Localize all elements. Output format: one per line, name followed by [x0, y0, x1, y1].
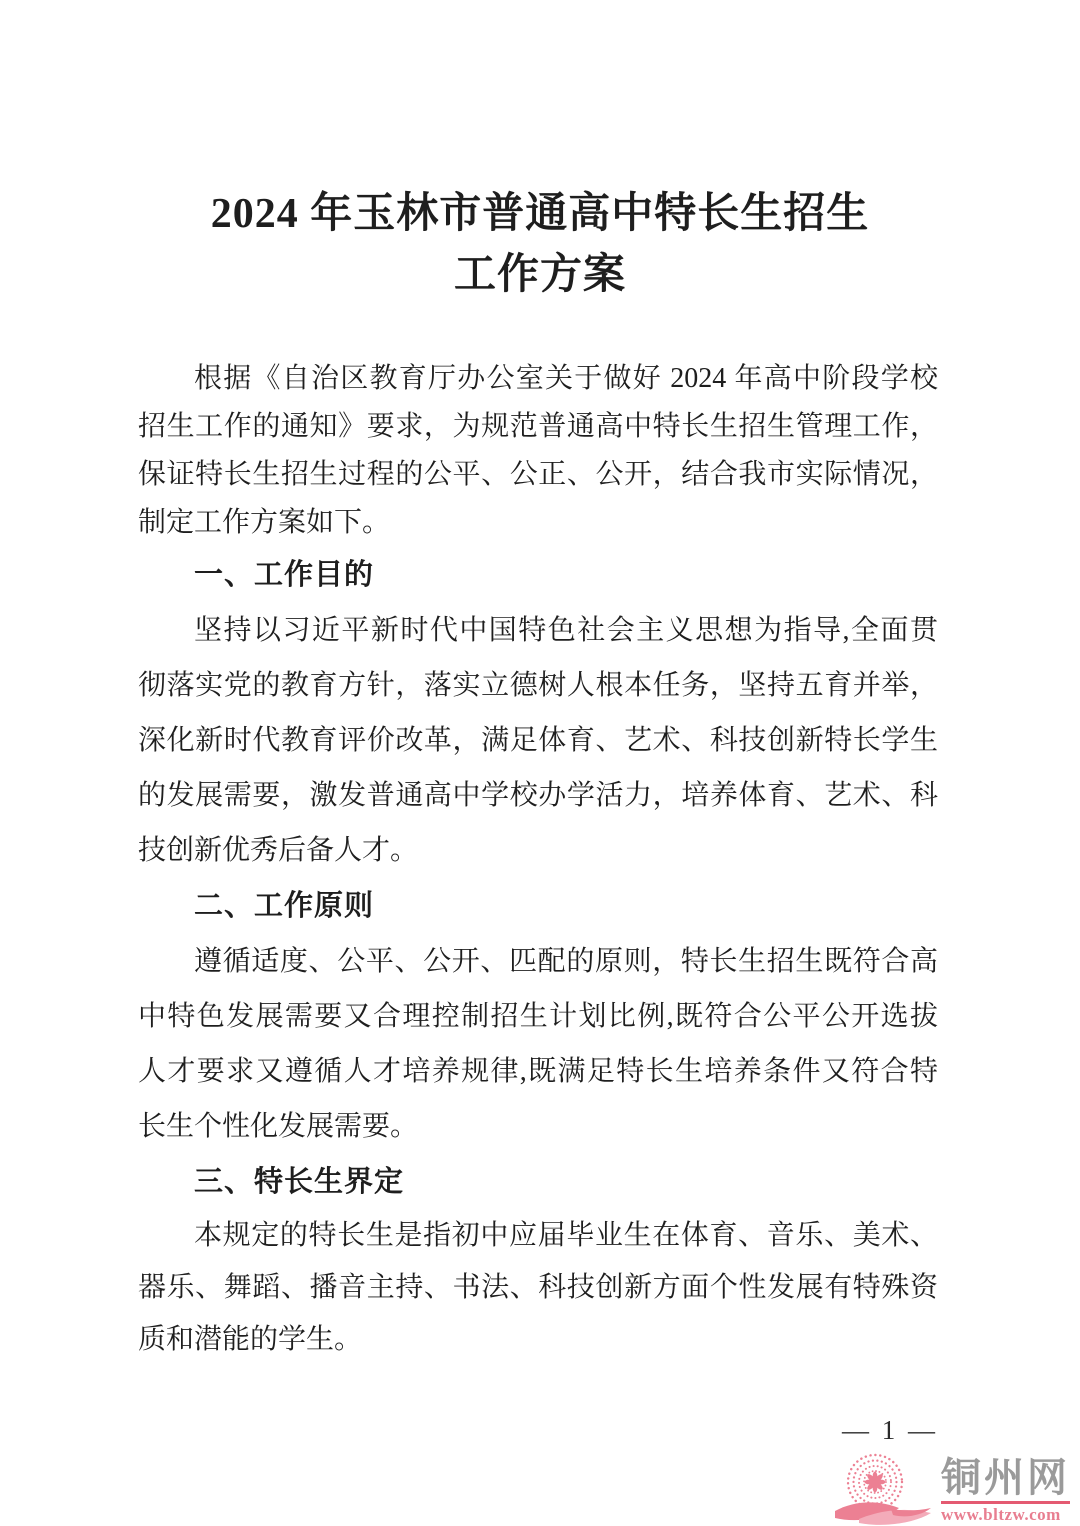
watermark-text: 铜州网 www.bltzw.com	[941, 1458, 1070, 1526]
section-2-heading: 二、工作原则	[138, 878, 938, 934]
body-line: 坚持以习近平新时代中国特色社会主义思想为指导,全面贯	[138, 603, 938, 658]
body-line: 遵循适度、公平、公开、匹配的原则，特长生招生既符合高	[138, 934, 938, 989]
body-line: 彻落实党的教育方针，落实立德树人根本任务，坚持五育并举，	[138, 658, 938, 713]
document-page: 2024 年玉林市普通高中特长生招生 工作方案 根据《自治区教育厅办公室关于做好…	[0, 0, 1080, 1526]
document-title: 2024 年玉林市普通高中特长生招生 工作方案	[0, 184, 1080, 306]
section-3-heading: 三、特长生界定	[138, 1154, 938, 1210]
page-number: — 1 —	[842, 1415, 938, 1446]
section-1-heading: 一、工作目的	[138, 547, 938, 603]
flower-icon	[865, 1472, 886, 1493]
body-line: 深化新时代教育评价改革，满足体育、艺术、科技创新特长学生	[138, 713, 938, 768]
site-watermark: 铜州网 www.bltzw.com	[833, 1452, 1070, 1526]
medallion-ribbon-icon	[833, 1452, 937, 1526]
section-3-paragraph: 本规定的特长生是指初中应届毕业生在体育、音乐、美术、器乐、舞蹈、播音主持、书法、…	[138, 1210, 938, 1366]
body-line: 长生个性化发展需要。	[138, 1099, 938, 1154]
document-body: 根据《自治区教育厅办公室关于做好 2024 年高中阶段学校招生工作的通知》要求，…	[138, 355, 938, 1366]
body-line: 器乐、舞蹈、播音主持、书法、科技创新方面个性发展有特殊资	[138, 1262, 938, 1314]
document-title-line-1: 2024 年玉林市普通高中特长生招生	[0, 184, 1080, 245]
body-line: 制定工作方案如下。	[138, 499, 938, 547]
intro-paragraph: 根据《自治区教育厅办公室关于做好 2024 年高中阶段学校招生工作的通知》要求，…	[138, 355, 938, 547]
body-line: 中特色发展需要又合理控制招生计划比例,既符合公平公开选拔	[138, 989, 938, 1044]
watermark-site-url: www.bltzw.com	[941, 1505, 1061, 1524]
body-line: 人才要求又遵循人才培养规律,既满足特长生培养条件又符合特	[138, 1044, 938, 1099]
ribbon-icon	[835, 1502, 931, 1525]
body-line: 根据《自治区教育厅办公室关于做好 2024 年高中阶段学校	[138, 355, 938, 403]
medallion-icon	[848, 1455, 902, 1509]
body-line: 招生工作的通知》要求，为规范普通高中特长生招生管理工作，	[138, 403, 938, 451]
section-2-paragraph: 遵循适度、公平、公开、匹配的原则，特长生招生既符合高中特色发展需要又合理控制招生…	[138, 934, 938, 1154]
body-line: 本规定的特长生是指初中应届毕业生在体育、音乐、美术、	[138, 1210, 938, 1262]
body-line: 质和潜能的学生。	[138, 1314, 938, 1366]
body-line: 技创新优秀后备人才。	[138, 823, 938, 878]
watermark-site-name: 铜州网	[941, 1458, 1070, 1504]
document-title-line-2: 工作方案	[0, 245, 1080, 306]
body-line: 的发展需要，激发普通高中学校办学活力，培养体育、艺术、科	[138, 768, 938, 823]
body-line: 保证特长生招生过程的公平、公正、公开，结合我市实际情况，	[138, 451, 938, 499]
section-1-paragraph: 坚持以习近平新时代中国特色社会主义思想为指导,全面贯彻落实党的教育方针，落实立德…	[138, 603, 938, 878]
